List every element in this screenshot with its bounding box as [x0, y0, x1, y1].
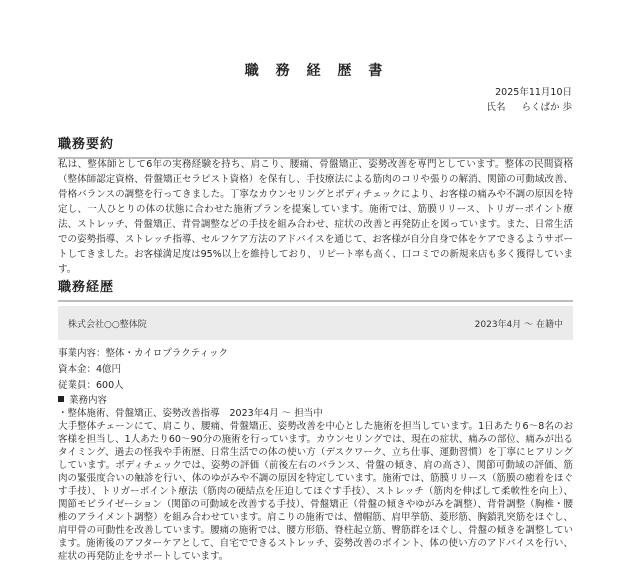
- company-employees: 従業員：600人: [58, 378, 573, 394]
- name-label: 氏名: [486, 102, 505, 113]
- duty-title: ・整体施術、骨盤矯正、姿勢改善指導: [58, 408, 220, 419]
- duties-heading: 業務内容: [58, 394, 573, 407]
- document-title: 職 務 経 歴 書: [0, 60, 633, 80]
- duties-heading-label: 業務内容: [69, 395, 107, 406]
- company-info: 事業内容：整体・カイロプラクティック 資本金：4億円 従業員：600人: [58, 346, 573, 394]
- duty-period: 2023年4月 〜 担当中: [230, 408, 323, 419]
- duties-section: 業務内容 ・整体施術、骨盤矯正、姿勢改善指導2023年4月 〜 担当中 大手整体…: [58, 394, 573, 563]
- duty-title-row: ・整体施術、骨盤矯正、姿勢改善指導2023年4月 〜 担当中: [58, 407, 573, 420]
- duty-description: 大手整体チェーンにて、肩こり、腰痛、骨盤矯正、姿勢改善を中心とした施術を担当して…: [58, 420, 573, 563]
- summary-heading: 職務要約: [58, 133, 573, 159]
- header-meta: 2025年11月10日 氏名らくぱか 歩: [486, 85, 572, 115]
- applicant-name: らくぱか 歩: [521, 102, 572, 113]
- summary-text: 私は、整体師として6年の実務経験を持ち、肩こり、腰痛、骨盤矯正、姿勢改善を専門と…: [58, 157, 573, 277]
- company-capital: 資本金：4億円: [58, 362, 573, 378]
- company-name: 株式会社○○整体院: [68, 317, 147, 330]
- company-period: 2023年4月 〜 在籍中: [475, 317, 563, 330]
- document-date: 2025年11月10日: [486, 85, 572, 100]
- company-business: 事業内容：整体・カイロプラクティック: [58, 346, 573, 362]
- company-header: 株式会社○○整体院 2023年4月 〜 在籍中: [58, 306, 573, 340]
- career-heading: 職務経歴: [58, 276, 573, 302]
- square-bullet-icon: [58, 396, 64, 402]
- resume-page: 職 務 経 歴 書 2025年11月10日 氏名らくぱか 歩 職務要約 私は、整…: [0, 0, 633, 566]
- name-row: 氏名らくぱか 歩: [486, 100, 572, 115]
